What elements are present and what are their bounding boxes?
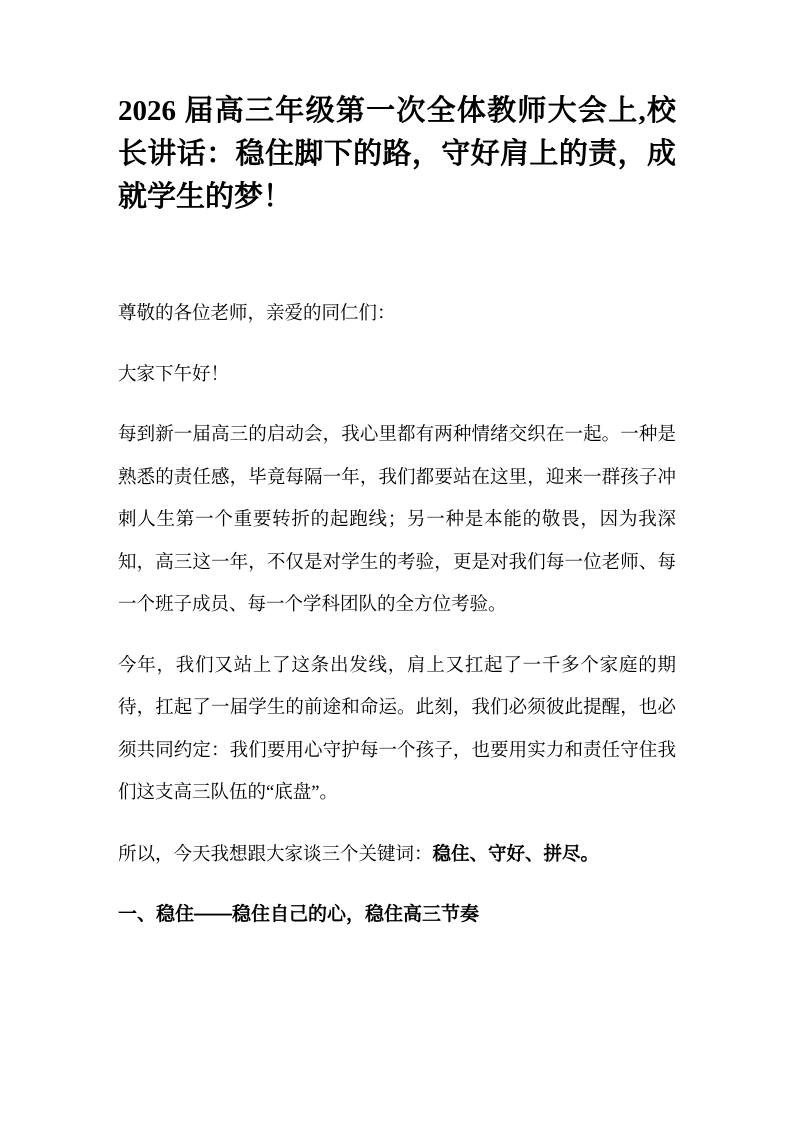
section-heading-one: 一、稳住——稳住自己的心，稳住高三节奏 [118,894,676,937]
keywords-bold-text: 稳住、守好、拼尽。 [433,843,600,864]
paragraph-keywords: 所以，今天我想跟大家谈三个关键词：稳住、守好、拼尽。 [118,833,676,877]
document-title: 2026 届高三年级第一次全体教师大会上,校长讲话：稳住脚下的路，守好肩上的责，… [118,90,676,219]
salutation-paragraph: 尊敬的各位老师，亲爱的同仁们： [118,293,676,336]
keywords-lead-text: 所以，今天我想跟大家谈三个关键词： [118,845,433,865]
greeting-paragraph: 大家下午好！ [118,354,676,397]
paragraph-commitment: 今年，我们又站上了这条出发线，肩上又扛起了一千多个家庭的期待，扛起了一届学生的前… [118,645,676,815]
paragraph-two-emotions: 每到新一届高三的启动会，我心里都有两种情绪交织在一起。一种是熟悉的责任感，毕竟每… [118,414,676,627]
document-page: 2026 届高三年级第一次全体教师大会上,校长讲话：稳住脚下的路，守好肩上的责，… [0,0,793,1122]
